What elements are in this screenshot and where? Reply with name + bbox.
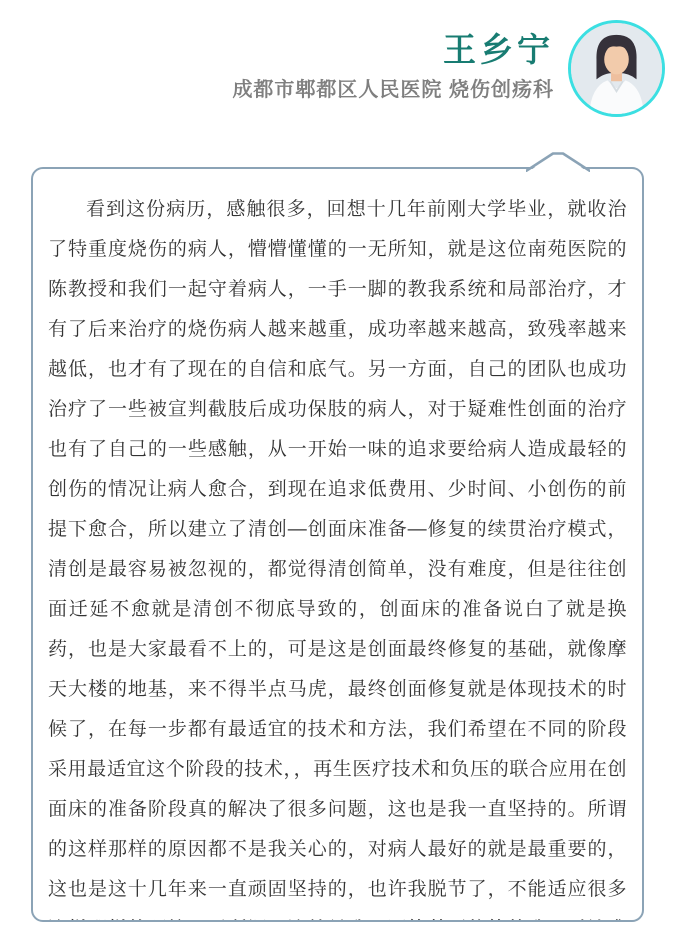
doctor-header: 王乡宁 成都市郫都区人民医院 烧伤创疡科 <box>232 20 665 117</box>
doctor-avatar[interactable] <box>568 20 665 117</box>
testimonial-card: 王乡宁 成都市郫都区人民医院 烧伤创疡科 <box>0 0 676 944</box>
doctor-name: 王乡宁 <box>232 29 554 70</box>
speech-bubble: 看到这份病历，感触很多，回想十几年前刚大学毕业，就收治了特重度烧伤的病人，懵懵懂… <box>31 167 644 922</box>
testimonial-text: 看到这份病历，感触很多，回想十几年前刚大学毕业，就收治了特重度烧伤的病人，懵懵懂… <box>33 169 642 920</box>
hospital-department-label: 成都市郫都区人民医院 烧伤创疡科 <box>232 78 554 102</box>
person-portrait-icon <box>571 23 662 114</box>
doctor-identity: 王乡宁 成都市郫都区人民医院 烧伤创疡科 <box>232 29 554 107</box>
